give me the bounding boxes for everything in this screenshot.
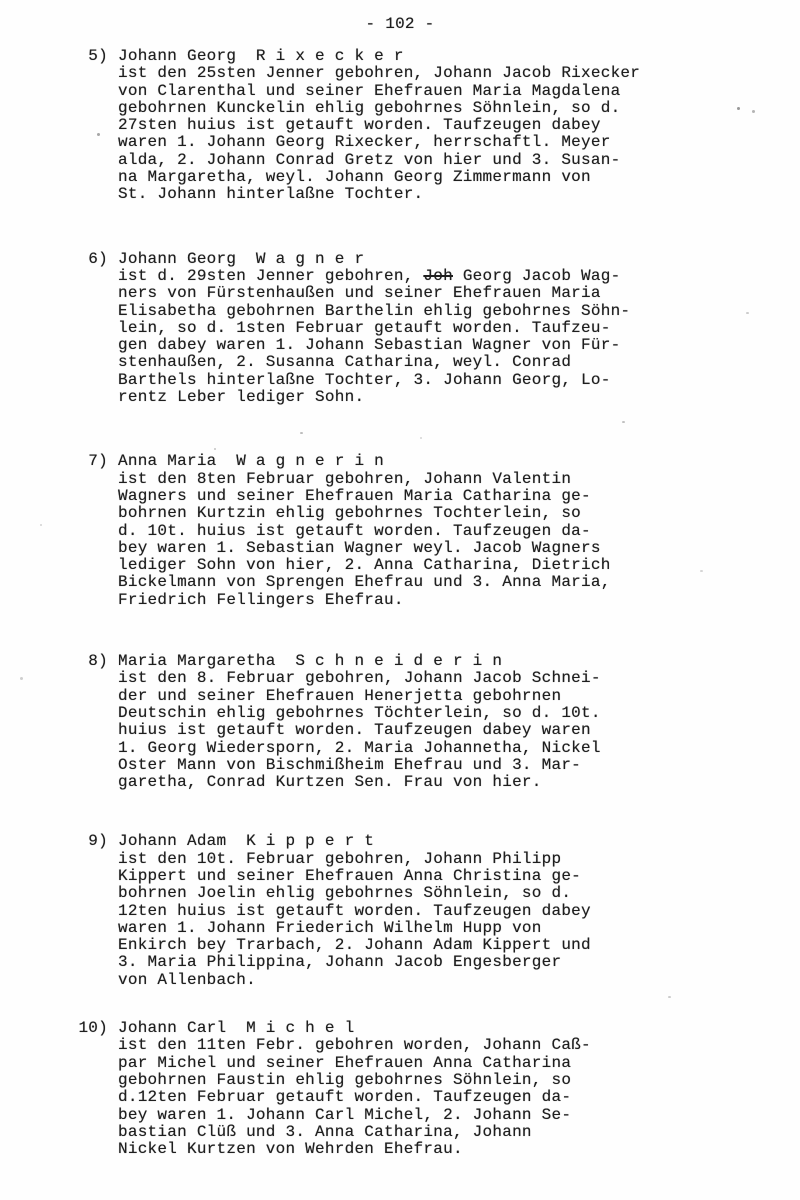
entry-number: 6) bbox=[74, 251, 108, 268]
entry-lines: ist den 8. Februar gebohren, Johann Jaco… bbox=[118, 670, 640, 791]
entry-line: 12ten huius ist getauft worden. Taufzeug… bbox=[118, 903, 640, 920]
entry-line: gebohrnen Kunckelin ehlig gebohrnes Söhn… bbox=[118, 100, 640, 117]
entry-line: Enkirch bey Trarbach, 2. Johann Adam Kip… bbox=[118, 937, 640, 954]
entry-line: waren 1. Johann Friederich Wilhelm Hupp … bbox=[118, 920, 640, 937]
entry-line: alda, 2. Johann Conrad Gretz von hier un… bbox=[118, 152, 640, 169]
scan-speck bbox=[737, 107, 740, 110]
entry-line: der und seiner Ehefrauen Henerjetta gebo… bbox=[118, 688, 640, 705]
entry-lines: ist den 11ten Febr. gebohren worden, Joh… bbox=[118, 1037, 640, 1158]
entry-line: 3. Maria Philippina, Johann Jacob Engesb… bbox=[118, 954, 640, 971]
entry-line: Oster Mann von Bischmißheim Ehefrau und … bbox=[118, 757, 640, 774]
entry-lines: ist den 25sten Jenner gebohren, Johann J… bbox=[118, 65, 640, 203]
entry-line: ist den 8. Februar gebohren, Johann Jaco… bbox=[118, 670, 640, 687]
entry-line: bastian Clüß und 3. Anna Catharina, Joha… bbox=[118, 1124, 640, 1141]
entry-line: Bickelmann von Sprengen Ehefrau und 3. A… bbox=[118, 574, 640, 591]
entry-line: Wagners und seiner Ehefrauen Maria Catha… bbox=[118, 488, 640, 505]
entry-line: von Clarenthal und seiner Ehefrauen Mari… bbox=[118, 83, 640, 100]
entry-number: 5) bbox=[74, 48, 108, 65]
register-entries-list: 5) Johann Georg R i x e c k e r ist den … bbox=[118, 48, 640, 1158]
entry-heading: Johann Carl M i c h e l bbox=[118, 1020, 640, 1037]
entry-line: bohrnen Joelin ehlig gebohrnes Söhnlein,… bbox=[118, 885, 640, 902]
entry-line: bey waren 1. Sebastian Wagner weyl. Jaco… bbox=[118, 540, 640, 557]
entry-line: Friedrich Fellingers Ehefrau. bbox=[118, 592, 640, 609]
register-entry: 6) Johann Georg W a g n e r ist d. 29ste… bbox=[118, 251, 640, 407]
entry-line: ners von Fürstenhaußen und seiner Ehefra… bbox=[118, 285, 640, 302]
entry-line: ist den 8ten Februar gebohren, Johann Va… bbox=[118, 471, 640, 488]
page-number: - 102 - bbox=[0, 16, 800, 33]
entry-line: stenhaußen, 2. Susanna Catharina, weyl. … bbox=[118, 354, 640, 371]
entry-line: Barthels hinterlaßne Tochter, 3. Johann … bbox=[118, 372, 640, 389]
entry-line: na Margaretha, weyl. Johann Georg Zimmer… bbox=[118, 169, 640, 186]
entry-line: 1. Georg Wiedersporn, 2. Maria Johanneth… bbox=[118, 740, 640, 757]
entry-line: garetha, Conrad Kurtzen Sen. Frau von hi… bbox=[118, 774, 640, 791]
entry-number: 9) bbox=[74, 833, 108, 850]
entry-line: ist den 10t. Februar gebohren, Johann Ph… bbox=[118, 851, 640, 868]
entry-line: ist d. 29sten Jenner gebohren, Joh Georg… bbox=[118, 268, 640, 285]
register-entry: 5) Johann Georg R i x e c k e r ist den … bbox=[118, 48, 640, 204]
entry-line: par Michel und seiner Ehefrauen Anna Cat… bbox=[118, 1055, 640, 1072]
scan-speck bbox=[40, 524, 42, 526]
scan-speck bbox=[700, 570, 703, 572]
entry-number: 7) bbox=[74, 453, 108, 470]
entry-lines: ist den 8ten Februar gebohren, Johann Va… bbox=[118, 471, 640, 609]
entry-line: Nickel Kurtzen von Wehrden Ehefrau. bbox=[118, 1141, 640, 1158]
entry-heading: Anna Maria W a g n e r i n bbox=[118, 453, 640, 470]
entry-number: 8) bbox=[74, 653, 108, 670]
entry-line: rentz Leber lediger Sohn. bbox=[118, 389, 640, 406]
entry-line: 27sten huius ist getauft worden. Taufzeu… bbox=[118, 117, 640, 134]
scan-speck bbox=[20, 677, 23, 680]
register-entry: 9) Johann Adam K i p p e r t ist den 10t… bbox=[118, 833, 640, 989]
entry-line: Kippert und seiner Ehefrauen Anna Christ… bbox=[118, 868, 640, 885]
entry-heading: Johann Adam K i p p e r t bbox=[118, 833, 640, 850]
entry-lines: ist d. 29sten Jenner gebohren, Joh Georg… bbox=[118, 268, 640, 406]
scan-speck bbox=[668, 996, 671, 998]
register-entry: 8) Maria Margaretha S c h n e i d e r i … bbox=[118, 653, 640, 791]
entry-line: lein, so d. 1sten Februar getauft worden… bbox=[118, 320, 640, 337]
entry-line: d. 10t. huius ist getauft worden. Taufze… bbox=[118, 523, 640, 540]
document-page: - 102 - 5) Johann Georg R i x e c k e r … bbox=[0, 0, 800, 1200]
entry-line: Deutschin ehlig gebohrnes Töchterlein, s… bbox=[118, 705, 640, 722]
scan-speck bbox=[752, 110, 755, 113]
text-segment: Georg Jacob Wag- bbox=[453, 267, 620, 285]
entry-line: lediger Sohn von hier, 2. Anna Catharina… bbox=[118, 557, 640, 574]
entry-line: gen dabey waren 1. Johann Sebastian Wagn… bbox=[118, 337, 640, 354]
entry-line: waren 1. Johann Georg Rixecker, herrscha… bbox=[118, 134, 640, 151]
entry-line: von Allenbach. bbox=[118, 972, 640, 989]
entry-line: ist den 11ten Febr. gebohren worden, Joh… bbox=[118, 1037, 640, 1054]
scan-speck bbox=[97, 133, 100, 136]
entry-heading: Johann Georg W a g n e r bbox=[118, 251, 640, 268]
entry-line: bohrnen Kurtzin ehlig gebohrnes Tochterl… bbox=[118, 505, 640, 522]
entry-line: St. Johann hinterlaßne Tochter. bbox=[118, 186, 640, 203]
entry-heading: Johann Georg R i x e c k e r bbox=[118, 48, 640, 65]
entry-heading: Maria Margaretha S c h n e i d e r i n bbox=[118, 653, 640, 670]
entry-line: ist den 25sten Jenner gebohren, Johann J… bbox=[118, 65, 640, 82]
scan-speck bbox=[746, 312, 749, 314]
struck-text: Joh bbox=[423, 267, 453, 285]
entry-line: gebohrnen Faustin ehlig gebohrnes Söhnle… bbox=[118, 1072, 640, 1089]
register-entry: 7) Anna Maria W a g n e r i n ist den 8t… bbox=[118, 453, 640, 609]
entry-line: bey waren 1. Johann Carl Michel, 2. Joha… bbox=[118, 1107, 640, 1124]
entry-line: huius ist getauft worden. Taufzeugen dab… bbox=[118, 722, 640, 739]
register-entry: 10) Johann Carl M i c h e l ist den 11te… bbox=[118, 1020, 640, 1158]
entry-line: Elisabetha gebohrnen Barthelin ehlig geb… bbox=[118, 303, 640, 320]
entry-line: d.12ten Februar getauft worden. Taufzeug… bbox=[118, 1089, 640, 1106]
entry-number: 10) bbox=[74, 1020, 108, 1037]
text-segment: ist d. 29sten Jenner gebohren, bbox=[118, 267, 423, 285]
entry-lines: ist den 10t. Februar gebohren, Johann Ph… bbox=[118, 851, 640, 989]
